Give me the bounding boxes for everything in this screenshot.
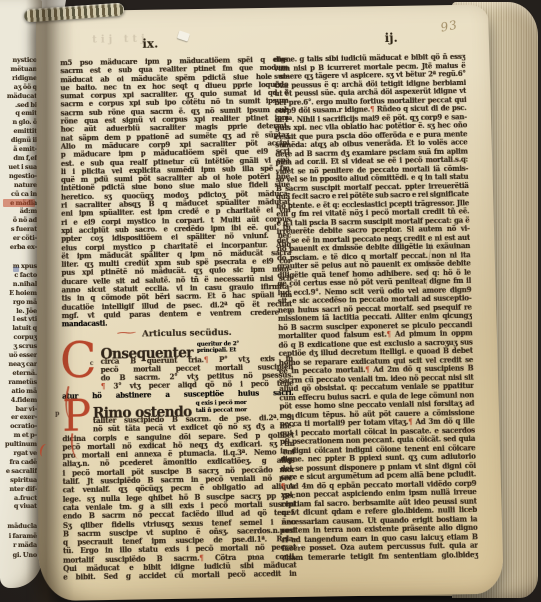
rubric-pilcrow: ¶ [199,553,203,563]
text-line: ridigne [0,74,37,83]
left-page-text-fragments: mäduclai faramër mädagi. Uno [0,522,37,560]
text-line: er exer- [0,413,37,422]
left-page-text-fragments: m xpusc facton.nihalE hoiemrgo mäle. Jöe… [0,262,37,511]
text-line: ä emit- [0,145,37,154]
text-line: cü ca in [0,190,37,199]
text-line: e sacralif [0,467,37,476]
text-line: fra cadë [0,458,37,467]
right-page: tij ttj ix. ij. 93 m5 pso mäducare ipm p… [36,4,504,601]
text-line: ʒ scrus [0,342,37,351]
text-line: r mäda [0,541,37,551]
text-line: s fuerat [0,225,37,234]
column-text-block: dicina corpis e sanguine döi separe. Sed… [62,431,296,583]
right-text-column: digne. g talis sibi iudiciü mäducat e bi… [274,53,478,563]
text-line: c facto [0,271,37,280]
text-line: uö esser [0,351,37,360]
side-note-line: tali ñ peccat mor [196,407,247,415]
lombardic-initial-letter: P [62,395,91,437]
text-line: mäducla [0,522,37,532]
text-line: aʒ öö q [0,83,37,92]
side-note-stack: q exis i pecö mortali ñ peccat mor [196,400,247,414]
text-line: dignü ii [0,136,37,145]
text-line: bar vi- [0,405,37,414]
column-text-block: m5 pso mäducare ipm p mäducatiöem spëi q… [60,56,292,321]
rubricated-initial-p: P p [62,402,93,434]
text-line: uet i sua [0,163,37,172]
paper-fleck [298,544,301,547]
text-line: l est vti [0,315,37,324]
text-line: cham temerarie tetigit fm sententiam glo… [282,550,478,562]
guide-letter: p [55,410,59,417]
text-line: le. Jöe [0,307,37,316]
text-line: er cöti- [0,234,37,243]
text-line: erba ex- [0,243,37,252]
rubric-pilcrow: ¶ [204,354,208,363]
text-line: i faramë [0,532,37,542]
paper-fleck [206,548,208,550]
rubric-pilcrow: ¶ [387,329,391,338]
text-line: a.fruct [0,494,37,503]
text-line: E hoiem [0,289,37,298]
paper-fleck [364,539,366,541]
text-line: ocratio- [0,422,37,431]
text-line: .sed bi [0,101,37,110]
side-note-line: principali. Et [197,347,239,354]
handwritten-folio-number: 93 [439,18,459,35]
text-line: spiritua [0,476,37,485]
text-line: pultinum [0,440,37,449]
rubric-pilcrow: ¶ [370,104,374,113]
left-page-text-fragments: nysticomëtuanridigneaʒ öö qmäducat.sed b… [0,56,37,252]
text-line: mëtuan [0,65,37,74]
text-line: emittit [0,127,37,136]
rubric-flourish-icon: ~ [114,325,139,341]
left-text-column: m5 pso mäducare ipm p mäducatiöem spëi q… [60,56,296,583]
paper-fleck [254,554,256,556]
text-line: nystico [0,56,37,65]
text-line: corpuʒ [0,333,37,342]
text-line: m et p- [0,431,37,440]
text-line: ngestio- [0,172,37,181]
article-heading-text: Articulus secüdus. [142,327,232,339]
red-ink-mark [3,199,35,207]
text-line: dm f,ef [0,154,37,163]
text-line: rametüs [0,378,37,387]
rubric-pilcrow: ¶ [281,481,285,490]
paragraph-consequenter: C c Onsequenterqueritur de 2°principali.… [62,340,294,401]
text-line: gi. Uno [0,551,37,561]
text-line: 4.fidem [0,396,37,405]
text-line: ö nö ad [0,216,37,225]
header-signature-right: ij. [385,31,398,45]
paragraph-primo: P p Rimo ostendoq exis i pecö mortali ñ … [62,399,294,434]
rubricated-initial-c: C c [62,343,101,391]
text-line: q emit [0,109,37,118]
side-note-stack: queritur de 2°principali. Et [197,341,239,355]
rubric-pilcrow: ¶ [101,382,105,391]
text-line: nter dif- [0,485,37,494]
text-line: latuit q [0,324,37,333]
text-line: äd:m [0,207,37,216]
text-line: n.nihal [0,280,37,289]
text-line: nature [0,181,37,190]
rubric-pilcrow: ¶ [408,417,413,426]
text-line: neaʒ car [0,360,37,369]
book-scan-photo: { "colors": { "background": "#282320", "… [0,0,541,602]
text-line: rgo mä [0,298,37,307]
text-line: q viuat [0,502,37,511]
text-line: mäducat [0,92,37,101]
rubric-pilcrow: ¶ [365,365,369,374]
guide-letter: c [90,359,94,366]
header-signature-left: ix. [142,37,158,51]
text-line: n glo. ö [0,118,37,127]
text-line: rgat ve [0,449,37,458]
text-line: eternä. [0,369,37,378]
blue-ink-mark [13,267,19,272]
text-line: atio mä [0,387,37,396]
